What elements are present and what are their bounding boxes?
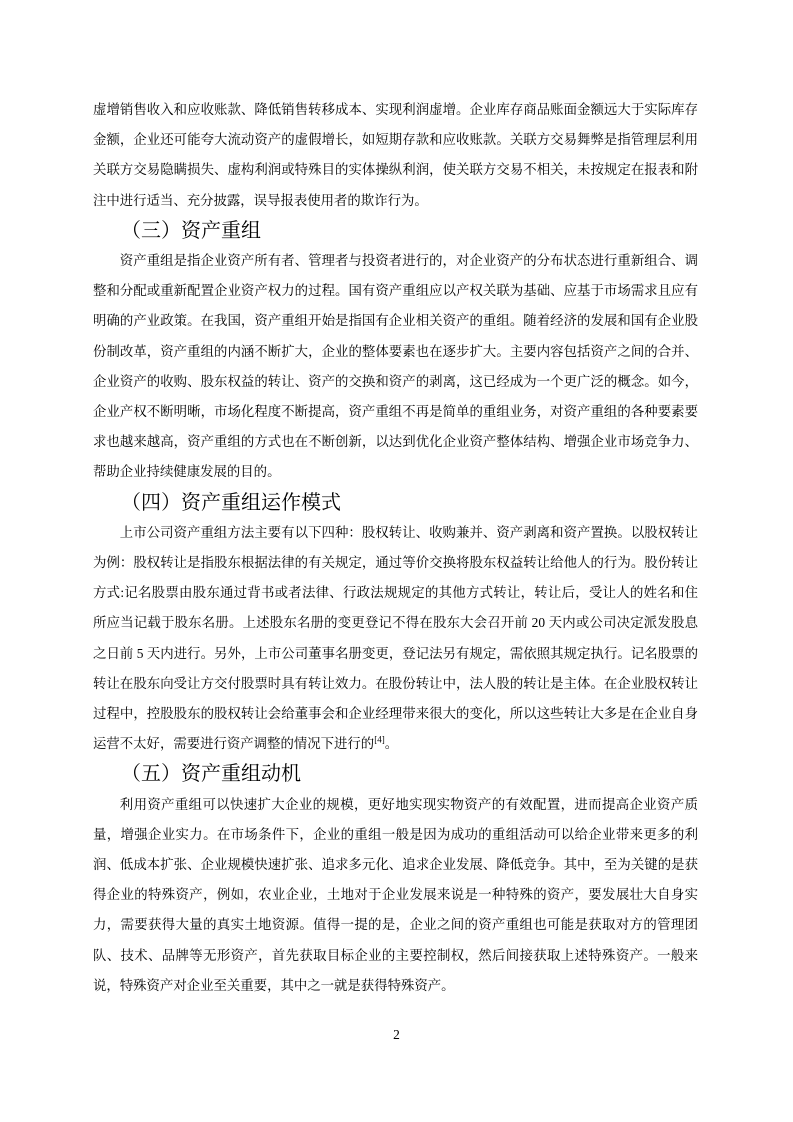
paragraph-fraud-continuation: 虚增销售收入和应收账款、降低销售转移成本、实现利润虚增。企业库存商品账面金额远大… — [93, 95, 698, 216]
paragraph-text: 上市公司资产重组方法主要有以下四种：股权转让、收购兼并、资产剥离和资产置换。以股… — [93, 525, 698, 751]
footnote-reference: [4] — [374, 735, 385, 745]
page-body: 虚增销售收入和应收账款、降低销售转移成本、实现利润虚增。企业库存商品账面金额远大… — [93, 95, 698, 1001]
paragraph-text-after-footnote: 。 — [385, 736, 398, 751]
section-heading-operation-mode: （四）资产重组运作模式 — [93, 488, 698, 518]
section-heading-asset-restructuring: （三）资产重组 — [93, 216, 698, 246]
paragraph-asset-restructuring: 资产重组是指企业资产所有者、管理者与投资者进行的，对企业资产的分布状态进行重新组… — [93, 246, 698, 488]
section-heading-motivation: （五）资产重组动机 — [93, 759, 698, 789]
document-page: 虚增销售收入和应收账款、降低销售转移成本、实现利润虚增。企业库存商品账面金额远大… — [0, 0, 793, 1122]
page-number: 2 — [0, 1020, 793, 1050]
paragraph-operation-mode: 上市公司资产重组方法主要有以下四种：股权转让、收购兼并、资产剥离和资产置换。以股… — [93, 518, 698, 760]
paragraph-motivation: 利用资产重组可以快速扩大企业的规模，更好地实现实物资产的有效配置，进而提高企业资… — [93, 790, 698, 1001]
